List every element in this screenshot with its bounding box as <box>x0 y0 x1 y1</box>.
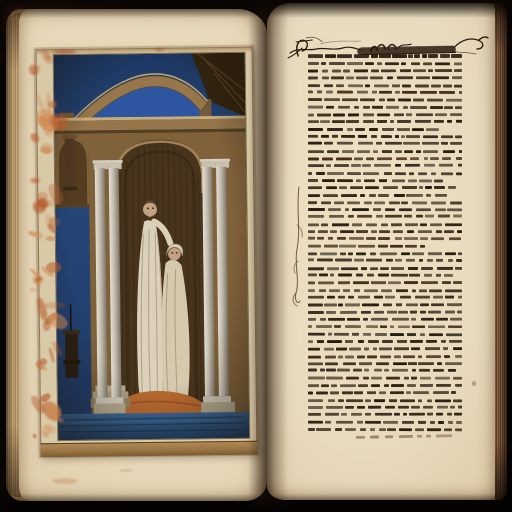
script-word-mark <box>385 406 396 409</box>
script-word-mark <box>396 304 402 307</box>
script-word-mark <box>308 77 318 80</box>
script-word-mark <box>308 90 313 93</box>
script-word-mark <box>429 333 443 336</box>
script-word-mark <box>456 259 462 262</box>
script-word-mark <box>401 135 405 138</box>
script-word-mark <box>358 135 367 139</box>
script-word-mark <box>343 362 356 365</box>
script-word-mark <box>403 413 407 416</box>
script-word-mark <box>423 135 438 138</box>
script-word-mark <box>404 150 413 153</box>
script-word-mark <box>329 289 340 292</box>
script-word-mark <box>345 304 360 307</box>
script-word-mark <box>308 237 315 240</box>
ornament-blob <box>27 230 37 238</box>
script-word-mark <box>442 282 451 285</box>
script-word-mark <box>321 135 329 138</box>
script-word-mark <box>338 296 346 299</box>
script-word-mark <box>326 164 331 167</box>
script-word-mark <box>416 208 431 211</box>
script-word-mark <box>352 223 363 226</box>
script-word-mark <box>397 340 407 343</box>
script-word-mark <box>308 355 321 358</box>
script-word-mark <box>416 150 421 153</box>
script-word-mark <box>395 135 399 139</box>
script-word-mark <box>322 157 333 160</box>
script-word-mark <box>444 355 451 358</box>
script-word-mark <box>345 340 354 343</box>
script-word-mark <box>378 244 388 247</box>
script-word-mark <box>317 259 333 262</box>
script-word-mark <box>454 84 462 87</box>
script-word-mark <box>308 194 320 197</box>
flourish-comb <box>361 50 454 52</box>
script-word-mark <box>387 310 397 314</box>
script-word-mark <box>454 62 462 65</box>
script-word-mark <box>327 267 340 270</box>
script-word-mark <box>389 399 397 402</box>
script-word-mark <box>367 355 377 358</box>
script-word-mark <box>343 69 350 72</box>
script-word-mark <box>321 201 331 204</box>
script-word-mark <box>392 318 409 321</box>
script-word-mark <box>423 150 438 153</box>
script-word-mark <box>393 362 407 365</box>
script-word-mark <box>438 215 450 218</box>
script-word-mark <box>369 194 376 197</box>
script-word-mark <box>383 304 392 307</box>
script-word-mark <box>416 113 433 116</box>
script-word-mark <box>358 142 374 145</box>
script-word-mark <box>386 259 394 262</box>
margin-flourish-leaf <box>294 261 298 273</box>
script-word-mark <box>339 244 355 247</box>
script-word-mark <box>441 340 446 343</box>
script-word-mark <box>336 347 347 351</box>
script-word-mark <box>442 157 451 160</box>
script-word-mark <box>385 142 402 145</box>
manuscript-text-line <box>308 384 462 387</box>
script-word-mark <box>324 98 339 101</box>
script-word-mark <box>395 91 399 94</box>
script-word-mark <box>347 318 360 321</box>
script-word-mark <box>308 413 321 416</box>
script-word-mark <box>308 428 315 431</box>
script-word-mark <box>444 230 454 233</box>
script-word-mark <box>334 201 344 204</box>
script-word-mark <box>374 296 383 299</box>
script-word-mark <box>414 84 428 87</box>
script-word-mark <box>423 62 431 65</box>
script-word-mark <box>446 99 462 102</box>
script-word-mark <box>447 120 453 123</box>
script-word-mark <box>342 150 354 153</box>
script-word-mark <box>364 201 372 204</box>
ornament-blob <box>32 434 36 439</box>
script-word-mark <box>316 428 331 431</box>
script-word-mark <box>308 420 323 423</box>
script-word-mark <box>371 318 388 321</box>
script-word-mark <box>327 128 344 131</box>
script-word-mark <box>428 69 432 72</box>
script-word-mark <box>458 252 462 255</box>
script-word-mark <box>308 105 323 108</box>
script-word-mark <box>347 62 363 65</box>
script-word-mark <box>377 120 387 123</box>
manuscript-text-line <box>308 62 462 65</box>
script-word-mark <box>451 391 456 394</box>
script-word-mark <box>331 76 344 79</box>
script-word-mark <box>410 310 417 314</box>
script-word-mark <box>434 179 442 182</box>
script-word-mark <box>308 215 324 218</box>
manuscript-text-line <box>308 90 462 94</box>
script-word-mark <box>308 135 318 138</box>
manuscript-text-line <box>308 362 462 365</box>
script-word-mark <box>356 179 361 182</box>
script-word-mark <box>325 362 338 365</box>
script-word-mark <box>374 399 385 402</box>
script-word-mark <box>390 325 395 328</box>
script-word-mark <box>308 384 319 387</box>
script-word-mark <box>308 201 317 204</box>
script-word-mark <box>395 259 401 262</box>
script-word-mark <box>338 399 343 402</box>
script-word-mark <box>376 215 383 218</box>
script-word-mark <box>456 172 462 175</box>
manuscript-text-line <box>308 406 462 409</box>
script-word-mark <box>401 62 407 65</box>
script-word-mark <box>366 223 377 226</box>
script-word-mark <box>436 413 443 416</box>
script-word-mark <box>392 54 407 58</box>
script-word-mark <box>407 230 414 233</box>
script-word-mark <box>424 164 435 167</box>
script-word-mark <box>394 347 409 351</box>
script-word-mark <box>371 376 382 379</box>
script-word-mark <box>322 69 328 72</box>
script-word-mark <box>331 384 337 387</box>
script-word-mark <box>407 332 416 336</box>
script-word-mark <box>402 84 412 87</box>
manuscript-text-line <box>308 289 462 292</box>
script-word-mark <box>413 391 429 394</box>
script-word-mark <box>435 399 451 402</box>
script-word-mark <box>411 348 421 351</box>
script-word-mark <box>326 376 343 379</box>
script-word-mark <box>320 120 330 123</box>
script-word-mark <box>409 413 425 416</box>
script-word-mark <box>335 259 351 262</box>
script-word-mark <box>422 54 426 58</box>
script-word-mark <box>353 281 369 284</box>
script-word-mark <box>396 157 406 160</box>
script-word-mark <box>336 84 345 87</box>
script-word-mark <box>445 252 456 255</box>
script-word-mark <box>341 135 355 138</box>
script-word-mark <box>349 237 364 240</box>
script-word-mark <box>428 310 441 313</box>
script-word-mark <box>308 406 323 409</box>
script-word-mark <box>379 54 391 58</box>
script-word-mark <box>338 355 343 358</box>
manuscript-text-block <box>308 54 462 438</box>
script-word-mark <box>323 194 337 197</box>
script-word-mark <box>318 282 335 285</box>
script-word-mark <box>370 428 376 431</box>
script-word-mark <box>378 273 389 277</box>
script-word-mark <box>308 69 318 73</box>
script-word-mark <box>316 325 332 328</box>
script-word-mark <box>361 267 367 270</box>
manuscript-text-line <box>308 208 462 211</box>
script-word-mark <box>406 135 420 139</box>
manuscript-text-line <box>308 128 462 131</box>
script-word-mark <box>423 406 433 409</box>
script-word-mark <box>419 289 427 292</box>
script-word-mark <box>420 238 428 241</box>
script-word-mark <box>375 333 387 336</box>
manuscript-text-line <box>308 428 462 431</box>
script-word-mark <box>446 333 462 336</box>
script-word-mark <box>319 289 326 292</box>
script-word-mark <box>399 428 413 431</box>
script-word-mark <box>328 237 333 240</box>
script-word-mark <box>337 90 354 93</box>
script-word-mark <box>308 304 323 307</box>
manuscript-text-line <box>308 105 462 108</box>
script-word-mark <box>395 237 403 241</box>
script-word-mark <box>455 428 461 431</box>
script-word-mark <box>435 62 450 65</box>
manuscript-text-line <box>308 347 462 351</box>
script-word-mark <box>347 172 362 175</box>
script-word-mark <box>363 172 379 175</box>
script-word-mark <box>413 98 424 102</box>
script-word-mark <box>431 304 444 307</box>
script-word-mark <box>438 421 444 424</box>
script-word-mark <box>308 164 324 167</box>
script-word-mark <box>439 91 455 94</box>
script-word-mark <box>366 325 378 328</box>
script-word-mark <box>342 98 357 101</box>
script-word-mark <box>379 91 392 94</box>
script-word-mark <box>440 54 450 58</box>
script-word-mark <box>406 392 411 395</box>
script-word-mark <box>308 157 319 160</box>
script-word-mark <box>395 150 402 153</box>
script-word-mark <box>418 230 432 233</box>
script-word-mark <box>308 369 317 372</box>
script-word-mark <box>420 384 433 387</box>
script-word-mark <box>370 267 378 270</box>
script-word-mark <box>398 99 411 102</box>
script-word-mark <box>455 106 462 109</box>
script-word-mark <box>454 413 461 416</box>
manuscript-text-line <box>308 157 462 161</box>
script-word-mark <box>340 230 354 233</box>
script-word-mark <box>308 128 323 131</box>
manuscript-text-line <box>308 142 462 145</box>
script-word-mark <box>380 355 390 358</box>
script-word-mark <box>431 172 436 175</box>
script-word-mark <box>426 435 432 438</box>
script-word-mark <box>376 362 389 365</box>
script-word-mark <box>373 348 377 351</box>
script-word-mark <box>448 326 462 329</box>
script-word-mark <box>425 347 441 350</box>
script-word-mark <box>428 252 441 255</box>
manuscript-text-line <box>308 171 462 174</box>
script-word-mark <box>400 69 410 73</box>
manuscript-text-line <box>308 325 462 328</box>
script-word-mark <box>337 237 345 240</box>
script-word-mark <box>308 113 314 116</box>
script-word-mark <box>423 273 432 277</box>
script-word-mark <box>356 274 362 277</box>
script-word-mark <box>392 84 400 87</box>
script-word-mark <box>351 164 360 167</box>
script-word-mark <box>402 186 417 189</box>
script-word-mark <box>308 267 324 270</box>
script-word-mark <box>387 428 395 431</box>
script-word-mark <box>412 369 416 372</box>
script-word-mark <box>403 142 420 145</box>
script-word-mark <box>448 186 456 189</box>
script-word-mark <box>326 406 343 409</box>
script-word-mark <box>416 215 422 218</box>
script-word-mark <box>455 355 462 358</box>
script-word-mark <box>453 399 462 402</box>
script-word-mark <box>426 340 437 343</box>
script-word-mark <box>414 54 420 58</box>
script-word-mark <box>380 267 389 270</box>
script-word-mark <box>391 223 402 226</box>
script-word-mark <box>410 340 423 343</box>
script-word-mark <box>354 391 363 395</box>
script-word-mark <box>320 369 325 372</box>
script-word-mark <box>335 428 342 431</box>
script-word-mark <box>365 399 371 402</box>
script-word-mark <box>456 157 462 160</box>
manuscript-text-line <box>308 252 462 255</box>
right-page <box>267 3 507 500</box>
script-word-mark <box>346 399 363 402</box>
script-word-mark <box>456 120 462 123</box>
script-word-mark <box>368 340 379 343</box>
script-word-mark <box>404 281 419 284</box>
script-word-mark <box>308 208 325 211</box>
script-word-mark <box>437 362 441 365</box>
miniature-frame-bottom <box>40 441 257 458</box>
script-word-mark <box>316 340 323 343</box>
ink-stain <box>472 381 476 386</box>
script-word-mark <box>426 355 441 358</box>
script-word-mark <box>372 90 377 94</box>
script-word-mark <box>420 304 429 307</box>
script-word-mark <box>427 99 443 102</box>
script-word-mark <box>308 399 323 402</box>
script-word-mark <box>371 281 386 284</box>
script-word-mark <box>426 128 439 131</box>
script-word-mark <box>375 413 392 416</box>
script-word-mark <box>420 245 425 248</box>
script-word-mark <box>357 91 368 94</box>
script-word-mark <box>398 406 410 409</box>
script-word-mark <box>371 384 381 387</box>
script-word-mark <box>332 69 341 72</box>
script-word-mark <box>418 172 427 175</box>
script-word-mark <box>317 113 331 116</box>
script-word-mark <box>330 391 339 395</box>
script-word-mark <box>340 384 357 387</box>
script-word-mark <box>377 113 390 116</box>
script-word-mark <box>366 237 376 240</box>
margin-flourish-stem <box>295 187 300 303</box>
script-word-mark <box>391 267 404 270</box>
script-word-mark <box>366 157 374 160</box>
script-word-mark <box>434 120 444 123</box>
script-word-mark <box>322 179 335 182</box>
script-word-mark <box>453 215 462 218</box>
script-word-mark <box>334 164 349 167</box>
script-word-mark <box>340 252 346 255</box>
script-word-mark <box>308 282 315 285</box>
flourish-stray-hair <box>320 41 360 44</box>
script-word-mark <box>362 304 379 307</box>
script-word-mark <box>408 179 417 182</box>
script-word-mark <box>324 84 333 87</box>
script-word-mark <box>395 172 406 175</box>
script-word-mark <box>384 171 393 174</box>
manuscript-text-line <box>308 399 462 402</box>
margin-flourish-curl <box>293 293 297 306</box>
script-word-mark <box>404 237 418 241</box>
script-word-mark <box>411 62 421 65</box>
script-word-mark <box>386 376 400 379</box>
script-word-mark <box>382 128 395 131</box>
script-word-mark <box>341 413 348 416</box>
script-word-mark <box>379 392 386 395</box>
manuscript-text-line <box>308 230 462 233</box>
manuscript-text-line <box>308 244 462 247</box>
script-word-mark <box>385 62 398 65</box>
script-word-mark <box>356 77 368 80</box>
script-word-mark <box>450 142 462 145</box>
script-word-mark <box>380 252 397 255</box>
script-word-mark <box>424 157 429 160</box>
script-word-mark <box>421 282 438 285</box>
script-word-mark <box>342 391 352 395</box>
script-word-mark <box>390 245 403 248</box>
manuscript-text-line <box>308 369 462 372</box>
script-word-mark <box>327 296 335 299</box>
script-word-mark <box>308 179 318 182</box>
script-word-mark <box>377 157 392 160</box>
script-word-mark <box>355 128 365 131</box>
script-word-mark <box>448 369 456 372</box>
script-word-mark <box>341 194 357 197</box>
script-word-mark <box>402 421 415 424</box>
script-word-mark <box>379 348 392 351</box>
script-word-mark <box>392 369 408 372</box>
script-word-mark <box>406 113 412 116</box>
script-word-mark <box>448 420 453 423</box>
script-word-mark <box>429 289 442 292</box>
script-word-mark <box>371 135 377 138</box>
script-word-mark <box>370 436 380 439</box>
manuscript-text-line <box>308 84 462 87</box>
